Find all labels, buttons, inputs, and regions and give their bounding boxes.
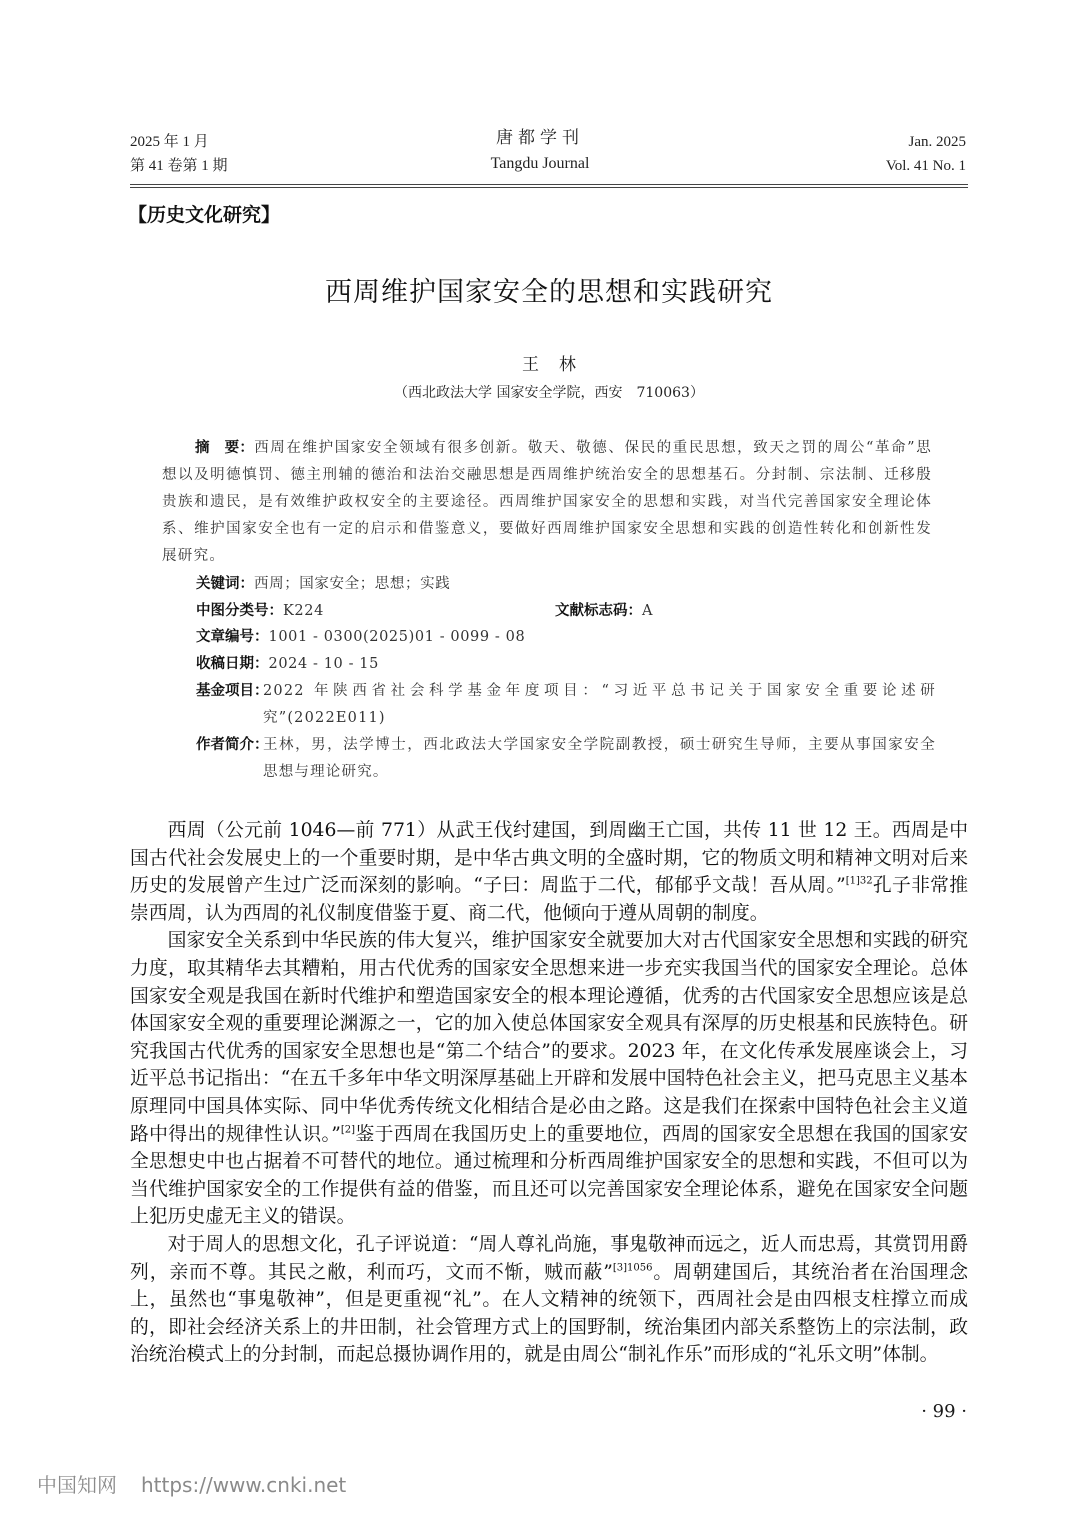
bio-row: 作者简介： 王林，男，法学博士，西北政法大学国家安全学院副教授，硕士研究生导师，… <box>196 732 936 786</box>
page-number: · 99 · <box>921 1398 967 1426</box>
citation-ref: [1]32 <box>846 876 873 887</box>
doc-code-row: 文献标志码：A <box>555 598 653 625</box>
citation-ref: [2] <box>341 1124 355 1135</box>
body-paragraph: 国家安全关系到中华民族的伟大复兴，维护国家安全就要加大对古代国家安全思想和实践的… <box>130 927 968 1231</box>
journal-name-cn: 唐都学刊 <box>390 125 690 151</box>
article-no-value: 1001 - 0300(2025)01 - 0099 - 08 <box>269 629 526 645</box>
header-rule-bottom <box>130 187 968 188</box>
doc-code-label: 文献标志码： <box>555 603 642 619</box>
author-affiliation: （西北政法大学 国家安全学院，西安 710063） <box>130 381 968 405</box>
journal-name-en: Tangdu Journal <box>390 151 690 177</box>
received-value: 2024 - 10 - 15 <box>269 656 379 672</box>
received-label: 收稿日期： <box>196 656 269 672</box>
header-date-en: Jan. 2025 <box>886 130 966 154</box>
header-issue-en: Vol. 41 No. 1 <box>886 154 966 178</box>
cnki-watermark: 中国知网https://www.cnki.net <box>37 1470 346 1500</box>
article-title: 西周维护国家安全的思想和实践研究 <box>130 273 968 313</box>
header-left: 2025 年 1 月 第 41 卷第 1 期 <box>130 130 228 178</box>
doc-code-value: A <box>642 603 653 619</box>
paragraph-text: 西周（公元前 1046—前 771）从武王伐纣建国，到周幽王亡国，共传 11 世… <box>130 820 968 896</box>
abstract: 摘 要：西周在维护国家安全领域有很多创新。敬天、敬德、保民的重民思想，致天之罚的… <box>162 435 932 570</box>
fund-value: 2022 年陕西省社会科学基金年度项目：“习近平总书记关于国家安全重要论述研究”… <box>196 678 936 732</box>
clc-label: 中图分类号： <box>196 603 283 619</box>
received-row: 收稿日期：2024 - 10 - 15 <box>196 651 379 678</box>
fund-row: 基金项目： 2022 年陕西省社会科学基金年度项目：“习近平总书记关于国家安全重… <box>196 678 936 732</box>
clc-value: K224 <box>283 603 324 619</box>
bio-label: 作者简介： <box>196 732 269 759</box>
header-right: Jan. 2025 Vol. 41 No. 1 <box>886 130 966 178</box>
clc-row: 中图分类号：K224 <box>196 598 324 625</box>
keywords-value: 西周；国家安全；思想；实践 <box>254 576 450 592</box>
bio-value: 王林，男，法学博士，西北政法大学国家安全学院副教授，硕士研究生导师，主要从事国家… <box>196 732 936 786</box>
keywords-label: 关键词： <box>196 576 254 592</box>
header-center: 唐都学刊 Tangdu Journal <box>390 125 690 177</box>
header-date-cn: 2025 年 1 月 <box>130 130 228 154</box>
column-tag: 【历史文化研究】 <box>128 200 280 230</box>
article-no-row: 文章编号：1001 - 0300(2025)01 - 0099 - 08 <box>196 624 525 651</box>
body-paragraph: 西周（公元前 1046—前 771）从武王伐纣建国，到周幽王亡国，共传 11 世… <box>130 817 968 927</box>
body-paragraph: 对于周人的思想文化，孔子评说道：“周人尊礼尚施，事鬼敬神而远之，近人而忠焉，其赏… <box>130 1231 968 1369</box>
abstract-label: 摘 要： <box>195 440 254 456</box>
header-rule-top <box>130 184 968 185</box>
abstract-text: 西周在维护国家安全领域有很多创新。敬天、敬德、保民的重民思想，致天之罚的周公“革… <box>162 440 932 564</box>
watermark-brand: 中国知网 <box>37 1473 117 1497</box>
keywords-row: 关键词：西周；国家安全；思想；实践 <box>196 571 450 598</box>
article-no-label: 文章编号： <box>196 629 269 645</box>
fund-label: 基金项目： <box>196 678 269 705</box>
header-issue-cn: 第 41 卷第 1 期 <box>130 154 228 178</box>
article-body: 西周（公元前 1046—前 771）从武王伐纣建国，到周幽王亡国，共传 11 世… <box>130 817 968 1369</box>
citation-ref: [3]1056 <box>613 1262 653 1273</box>
author-name: 王林 <box>130 352 968 378</box>
watermark-url: https://www.cnki.net <box>141 1473 346 1497</box>
paragraph-text: 国家安全关系到中华民族的伟大复兴，维护国家安全就要加大对古代国家安全思想和实践的… <box>130 930 968 1144</box>
